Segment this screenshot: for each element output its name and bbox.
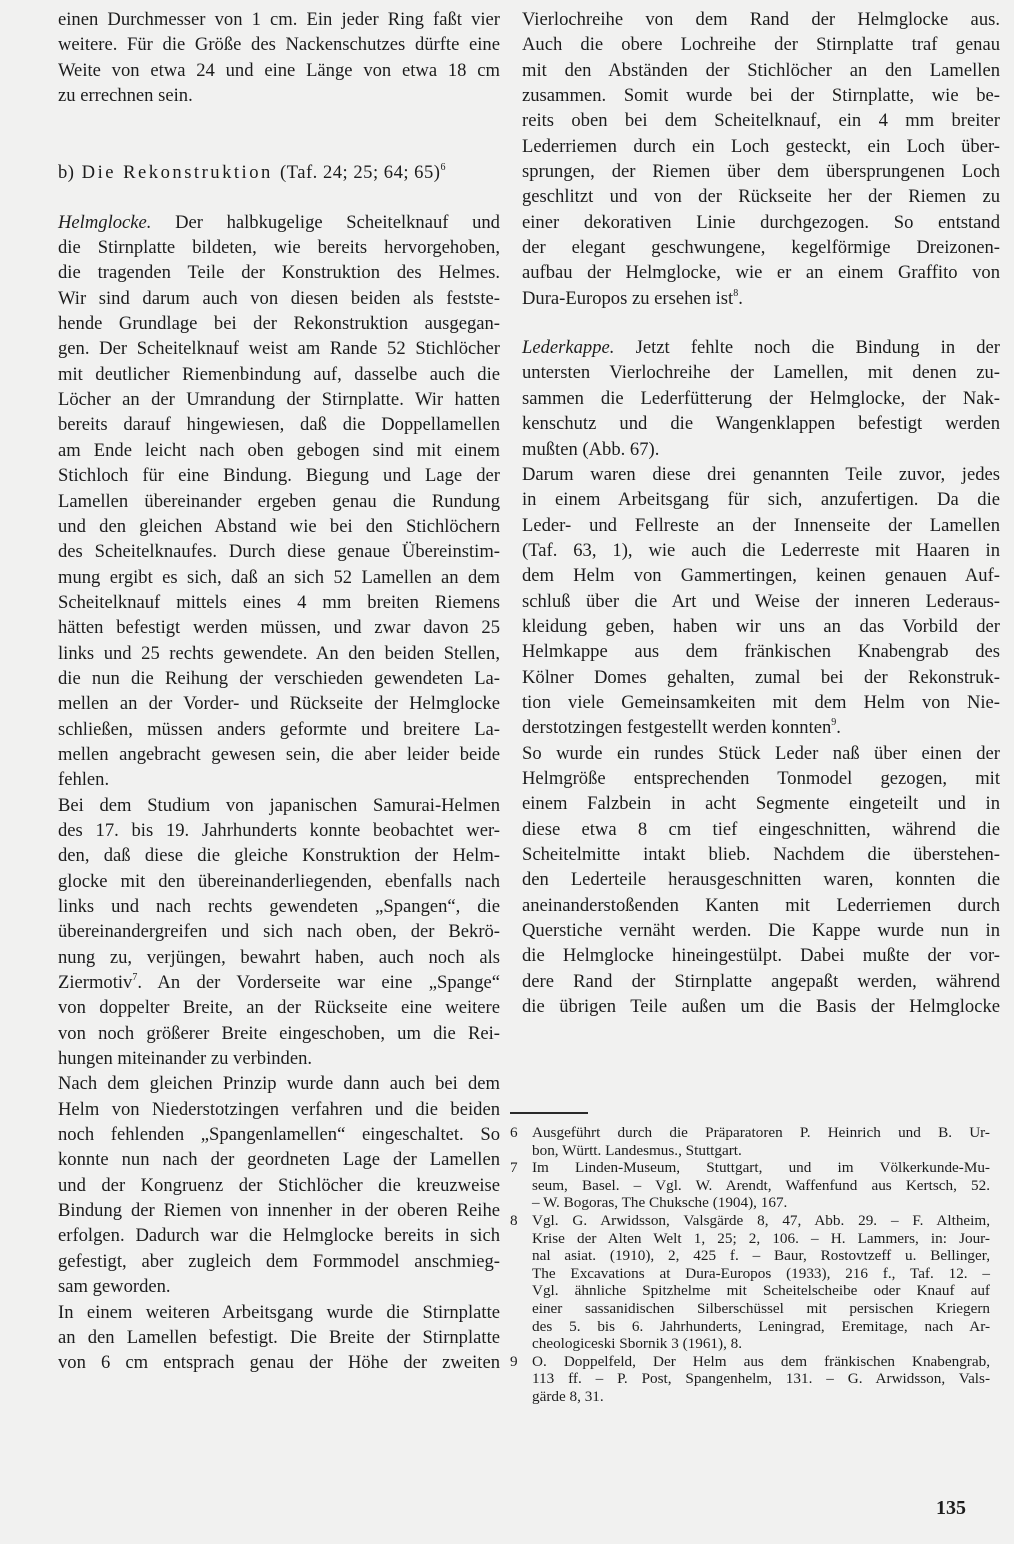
text-line: Helmgröße entsprechenden Tonmodel gezoge… [522, 766, 1000, 791]
text-line: noch fehlenden „Spangenlamellen“ eingesc… [58, 1122, 500, 1147]
footnotes: 6 Ausgeführt durch die Präparatoren P. H… [510, 1124, 990, 1406]
spacer [58, 186, 500, 210]
page-number: 135 [936, 1497, 966, 1520]
text-line: reits oben bei dem Scheitelknauf, ein 4 … [522, 108, 1000, 133]
section-heading: b) Die Rekonstruktion (Taf. 24; 25; 64; … [58, 160, 500, 185]
text-line: mellen angebracht gewesen sein, die aber… [58, 742, 500, 767]
text-line: Helmkappe aus dem fränkischen Knabengrab… [522, 639, 1000, 664]
lederkappe-paragraph: Lederkappe. Jetzt fehlte noch die Bindun… [522, 335, 1000, 462]
text-line: dem Helm von Gammertingen, keinen genaue… [522, 563, 1000, 588]
darum-paragraph: Darum waren diese drei genannten Teile z… [522, 462, 1000, 741]
text-line: In einem weiteren Arbeitsgang wurde die … [58, 1300, 500, 1325]
text-line: schließen, müssen anders geformte und br… [58, 717, 500, 742]
spacer [522, 311, 1000, 335]
footnote-ref[interactable]: 6 [440, 162, 448, 173]
footnote-line: O. Doppelfeld, Der Helm aus dem fränkisc… [532, 1353, 990, 1371]
footnote-line: seum, Basel. – Vgl. W. Arendt, Waffenfun… [532, 1177, 990, 1195]
text-line: kenschutz und die Wangenklappen befestig… [522, 411, 1000, 436]
text-line: konnte nun nach der geordneten Lage der … [58, 1147, 500, 1172]
text-line: der elegant geschwungene, kegelförmige D… [522, 235, 1000, 260]
footnote-line: Ausgeführt durch die Präparatoren P. Hei… [532, 1124, 990, 1142]
heading-title: Die Rekonstruktion [82, 162, 273, 183]
left-column: einen Durchmesser von 1 cm. Ein jeder Ri… [58, 7, 500, 1376]
footnote-number: 9 [510, 1353, 518, 1371]
text-line: dere Rand der Stirnplatte angepaßt werde… [522, 969, 1000, 994]
footnote-number: 7 [510, 1159, 518, 1177]
footnote-line: 113 ff. – P. Post, Spangenhelm, 131. – G… [532, 1370, 990, 1388]
text-line: hungen miteinander zu verbinden. [58, 1046, 500, 1071]
text-line: und den gleichen Abstand wie bei den Sti… [58, 514, 500, 539]
footnote-rule [510, 1112, 588, 1114]
text-line: von doppelter Breite, an der Rückseite e… [58, 995, 500, 1020]
text-line: mellen an der Vorder- und Rückseite der … [58, 691, 500, 716]
footnote-8: 8 Vgl. G. Arwidsson, Valsgärde 8, 47, Ab… [510, 1212, 990, 1353]
text-line: Auch die obere Lochreihe der Stirnplatte… [522, 32, 1000, 57]
text-line: an den Lamellen befestigt. Die Breite de… [58, 1325, 500, 1350]
text-line: die Stirnplatte bildeten, wie bereits he… [58, 235, 500, 260]
text-line: Lamellen übereinander ergeben genau die … [58, 489, 500, 514]
text-line: glocke mit den übereinanderliegenden, eb… [58, 869, 500, 894]
footnote-number: 6 [510, 1124, 518, 1142]
text-line: Nach dem gleichen Prinzip wurde dann auc… [58, 1071, 500, 1096]
footnote-line: Vgl. G. Arwidsson, Valsgärde 8, 47, Abb.… [532, 1212, 990, 1230]
text-line: Kölner Domes gehalten, zumal bei der Rek… [522, 665, 1000, 690]
text-line: Bindung der Riemen von innenher in der o… [58, 1198, 500, 1223]
text-line: Helm von Niederstotzingen verfahren und … [58, 1097, 500, 1122]
text-line: Helmglocke. Der halbkugelige Scheitelkna… [58, 210, 500, 235]
text-line: Wir sind darum auch von diesen beiden al… [58, 286, 500, 311]
text-line: Leder- und Fellreste an der Innenseite d… [522, 513, 1000, 538]
text-line: kleidung geben, haben wir uns an das Vor… [522, 614, 1000, 639]
footnote-line: Krise der Alten Welt 1, 25; 2, 106. – H.… [532, 1230, 990, 1248]
text-line: einen Durchmesser von 1 cm. Ein jeder Ri… [58, 7, 500, 32]
text-line: geschlitzt und von der Rückseite her der… [522, 184, 1000, 209]
text-line: Scheitelmitte intakt blieb. Nachdem die … [522, 842, 1000, 867]
text-line: am Ende leicht nach oben gebogen sind mi… [58, 438, 500, 463]
footnote-line: – W. Bogoras, The Chuksche (1904), 167. [532, 1194, 990, 1212]
text-line: untersten Vierlochreihe der Lamellen, mi… [522, 360, 1000, 385]
text-line: mußten (Abb. 67). [522, 437, 1000, 462]
stirnplatte-paragraph: In einem weiteren Arbeitsgang wurde die … [58, 1300, 500, 1376]
text-line: gefestigt, aber zugleich dem Formmodel a… [58, 1249, 500, 1274]
text-line: mit den Abständen der Stichlöcher an den… [522, 58, 1000, 83]
text-line: Stichloch für eine Bindung. Biegung und … [58, 463, 500, 488]
footnote-line: nal asiat. (1910), 2, 425 f. – Baur, Ros… [532, 1247, 990, 1265]
text-line: (Taf. 63, 1), wie auch die Lederreste mi… [522, 538, 1000, 563]
text-line: des Scheitelknaufes. Durch diese genaue … [58, 539, 500, 564]
footnote-7: 7 Im Linden-Museum, Stuttgart, und im Vö… [510, 1159, 990, 1212]
helmglocke-paragraph: Helmglocke. Der halbkugelige Scheitelkna… [58, 210, 500, 793]
footnote-line: einer sassanidischen Silberschüssel mit … [532, 1300, 990, 1318]
text-line: sam geworden. [58, 1274, 500, 1299]
text-line: von noch größerer Breite eingeschoben, u… [58, 1021, 500, 1046]
samurai-paragraph: Bei dem Studium von japanischen Samurai-… [58, 793, 500, 1072]
text-line: Lederriemen durch ein Loch gesteckt, ein… [522, 134, 1000, 159]
text-line: diese etwa 8 cm tief eingeschnitten, wäh… [522, 817, 1000, 842]
footnote-line: The Excavations at Dura-Europos (1933), … [532, 1265, 990, 1283]
footnote-line: cheologiceski Sbornik 3 (1961), 8. [532, 1335, 990, 1353]
footnote-line: Im Linden-Museum, Stuttgart, und im Völk… [532, 1159, 990, 1177]
text-line: die übrigen Teile außen um die Basis der… [522, 994, 1000, 1019]
text-line: links und nach rechts gewendeten „Spange… [58, 894, 500, 919]
text-line: Vierlochreihe von dem Rand der Helmglock… [522, 7, 1000, 32]
intro-paragraph: einen Durchmesser von 1 cm. Ein jeder Ri… [58, 7, 500, 108]
text-line: sprungen, der Riemen über dem übersprung… [522, 159, 1000, 184]
prinzip-paragraph: Nach dem gleichen Prinzip wurde dann auc… [58, 1071, 500, 1299]
text-line: Bei dem Studium von japanischen Samurai-… [58, 793, 500, 818]
text-line: Ziermotiv7. An der Vorderseite war eine … [58, 970, 500, 995]
spacer [58, 108, 500, 160]
text-line: den, daß diese die gleiche Konstruktion … [58, 843, 500, 868]
text-line: Querstiche vernäht werden. Die Kappe wur… [522, 918, 1000, 943]
text-line: Löcher an der Umrandung der Stirnplatte.… [58, 387, 500, 412]
text-line: Scheitelknauf mittels eines 4 mm breiten… [58, 590, 500, 615]
text-line: So wurde ein rundes Stück Leder naß über… [522, 741, 1000, 766]
book-page: einen Durchmesser von 1 cm. Ein jeder Ri… [0, 0, 1014, 1544]
text-line: aneinanderstoßenden Kanten mit Lederriem… [522, 893, 1000, 918]
text-line: mit deutlicher Riemenbindung auf, dassel… [58, 362, 500, 387]
run-in-heading: Helmglocke. [58, 212, 151, 233]
text-line: Darum waren diese drei genannten Teile z… [522, 462, 1000, 487]
text-line: des 17. bis 19. Jahrhunderts konnte beob… [58, 818, 500, 843]
text-line: hende Grundlage bei der Rekonstruktion a… [58, 311, 500, 336]
footnote-line: des 5. bis 6. Jahrhunderts, Leningrad, E… [532, 1318, 990, 1336]
heading-refs: (Taf. 24; 25; 64; 65) [280, 162, 441, 183]
text-line: übereinandergreifen und sich nach oben, … [58, 919, 500, 944]
footnote-line: Vgl. ähnliche Spitzhelme mit Scheitelsch… [532, 1282, 990, 1300]
text-line: mung ergibt es sich, daß an sich 52 Lame… [58, 565, 500, 590]
text-line: gen. Der Scheitelknauf weist am Rande 52… [58, 336, 500, 361]
footnote-line: bon, Württ. Landesmus., Stuttgart. [532, 1142, 990, 1160]
text-line: derstotzingen festgestellt werden konnte… [522, 715, 1000, 740]
text-line: aufbau der Helmglocke, wie er an einem G… [522, 260, 1000, 285]
text-line: von 6 cm entsprach genau der Höhe der zw… [58, 1350, 500, 1375]
text-line: Dura-Europos zu ersehen ist8. [522, 286, 1000, 311]
right-column: Vierlochreihe von dem Rand der Helmglock… [522, 7, 1000, 1019]
footnote-number: 8 [510, 1212, 518, 1230]
text-line: die nun die Reihung der verschieden gewe… [58, 666, 500, 691]
text-line: den Lederteile herausgeschnitten waren, … [522, 867, 1000, 892]
text-line: zusammen. Somit wurde bei der Stirnplatt… [522, 83, 1000, 108]
run-in-heading: Lederkappe. [522, 337, 614, 358]
text-line: sammen die Lederfütterung der Helmglocke… [522, 386, 1000, 411]
text-line: Lederkappe. Jetzt fehlte noch die Bindun… [522, 335, 1000, 360]
text-line: hätten befestigt werden müssen, und zwar… [58, 615, 500, 640]
text-line: zu errechnen sein. [58, 83, 500, 108]
text-line: tion viele Gemeinsamkeiten mit dem Helm … [522, 690, 1000, 715]
text-line: weitere. Für die Größe des Nackenschutze… [58, 32, 500, 57]
footnote-9: 9 O. Doppelfeld, Der Helm aus dem fränki… [510, 1353, 990, 1406]
text-line: bereits darauf hingewiesen, daß die Dopp… [58, 412, 500, 437]
text-line: schluß über die Art und Weise der innere… [522, 589, 1000, 614]
text-line: Weite von etwa 24 und eine Länge von etw… [58, 58, 500, 83]
heading-prefix: b) [58, 162, 75, 183]
text-line: in einem Arbeitsgang für sich, anzuferti… [522, 487, 1000, 512]
text-line: nung zu, verjüngen, bewahrt haben, auch … [58, 945, 500, 970]
text-line: einer dekorativen Linie durchgezogen. So… [522, 210, 1000, 235]
text-line: die Helmglocke hineingestülpt. Dabei muß… [522, 943, 1000, 968]
footnote-line: gärde 8, 31. [532, 1388, 990, 1406]
text-line: fehlen. [58, 767, 500, 792]
continuation-paragraph: Vierlochreihe von dem Rand der Helmglock… [522, 7, 1000, 311]
footnote-6: 6 Ausgeführt durch die Präparatoren P. H… [510, 1124, 990, 1159]
text-line: und der Kongruenz der Stichlöcher die kr… [58, 1173, 500, 1198]
text-line: die tragenden Teile der Konstruktion des… [58, 260, 500, 285]
text-line: einem Falzbein in acht Segmente eingetei… [522, 791, 1000, 816]
text-line: erfolgen. Dadurch war die Helmglocke ber… [58, 1223, 500, 1248]
text-line: links und 25 rechts gewendete. An den be… [58, 641, 500, 666]
leder-paragraph: So wurde ein rundes Stück Leder naß über… [522, 741, 1000, 1020]
